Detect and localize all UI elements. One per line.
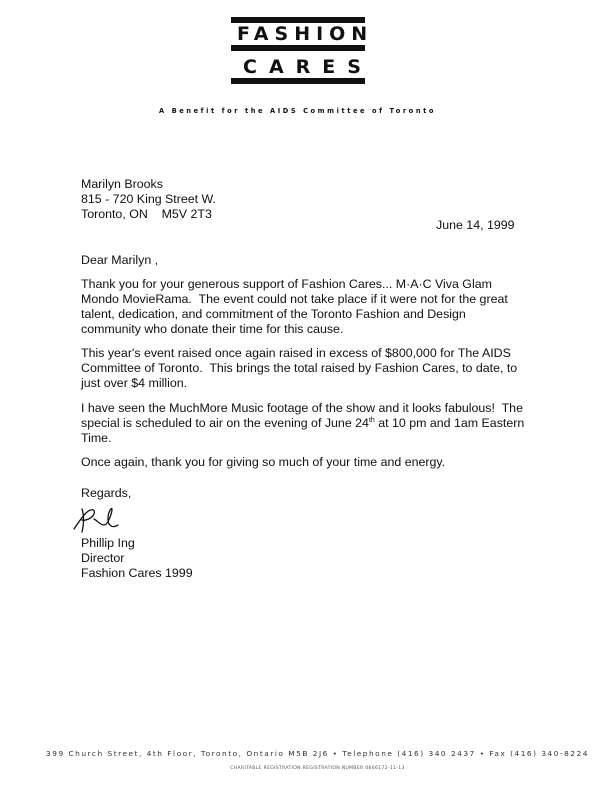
paragraph-line: Thank you for your generous support of F… xyxy=(81,277,551,292)
paragraph-line: talent, dedication, and commitment of th… xyxy=(81,307,551,322)
logo-word-fashion: FASHION xyxy=(231,23,365,45)
paragraph-line: This year's event raised once again rais… xyxy=(81,346,551,361)
signer-organization: Fashion Cares 1999 xyxy=(81,566,193,581)
recipient-address: Marilyn Brooks 815 - 720 King Street W. … xyxy=(81,177,216,222)
paragraph-line: I have seen the MuchMore Music footage o… xyxy=(81,401,551,416)
text-segment: at 10 pm and 1am Eastern xyxy=(375,416,524,430)
closing: Regards, xyxy=(81,486,131,501)
footer-registration: CHARITABLE REGISTRATION REGISTRATION NUM… xyxy=(0,766,595,771)
text-segment: special is scheduled to air on the eveni… xyxy=(81,416,369,430)
paragraph-line: special is scheduled to air on the eveni… xyxy=(81,416,551,431)
paragraph-fundraising: This year's event raised once again rais… xyxy=(81,346,551,391)
paragraph-broadcast: I have seen the MuchMore Music footage o… xyxy=(81,401,551,446)
paragraph-line: Mondo MovieRama. The event could not tak… xyxy=(81,292,551,307)
paragraph-line: Committee of Toronto. This brings the to… xyxy=(81,361,551,376)
salutation: Dear Marilyn , xyxy=(81,253,158,268)
handwritten-signature-icon xyxy=(72,505,122,535)
paragraph-line: Time. xyxy=(81,431,551,446)
signer-block: Phillip Ing Director Fashion Cares 1999 xyxy=(81,536,193,581)
logo-bar-bottom xyxy=(231,78,365,84)
paragraph-closing-thanks: Once again, thank you for giving so much… xyxy=(81,455,551,470)
recipient-name: Marilyn Brooks xyxy=(81,177,216,192)
letter-date: June 14, 1999 xyxy=(436,218,515,233)
recipient-city: Toronto, ON M5V 2T3 xyxy=(81,207,216,222)
paragraph-thanks: Thank you for your generous support of F… xyxy=(81,277,551,337)
footer-address: 399 Church Street, 4th Floor, Toronto, O… xyxy=(0,749,595,758)
recipient-street: 815 - 720 King Street W. xyxy=(81,192,216,207)
signer-title: Director xyxy=(81,551,193,566)
letterhead-tagline: A Benefit for the AIDS Committee of Toro… xyxy=(0,107,595,115)
logo-word-cares: CARES xyxy=(231,56,365,78)
signer-name: Phillip Ing xyxy=(81,536,193,551)
paragraph-line: just over $4 million. xyxy=(81,376,551,391)
fashion-cares-logo: FASHION CARES xyxy=(231,17,365,84)
paragraph-line: community who donate their time for this… xyxy=(81,322,551,337)
